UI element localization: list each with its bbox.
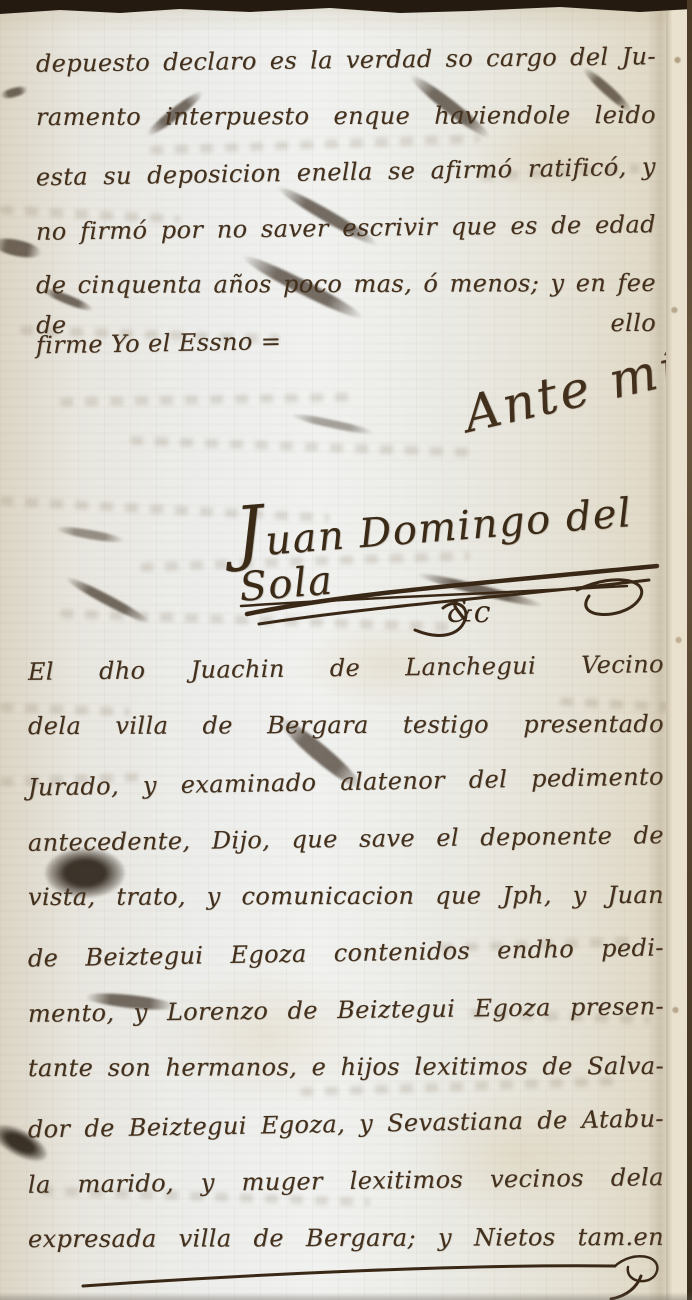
manuscript-page: depuesto declaro es la verdad so cargo d… <box>0 0 692 1300</box>
manuscript-line: depuesto declaro es la verdad so cargo d… <box>36 36 657 100</box>
manuscript-line: mento, y Lorenzo de Beiztegui Egoza pres… <box>28 986 665 1051</box>
manuscript-line: dela villa de Bergara testigo presentado <box>28 704 664 763</box>
ink-bleed-through <box>60 392 360 406</box>
manuscript-line: vista, trato, y comunicacion que Jph, y … <box>28 875 664 934</box>
photo-right-edge <box>687 0 692 1300</box>
ink-bleed-through <box>130 436 470 457</box>
manuscript-line: tante son hermanos, e hijos lexitimos de… <box>28 1046 664 1105</box>
manuscript-line: antecedente, Dijo, que save el deponente… <box>28 815 665 880</box>
page-bottom-edge <box>0 1292 692 1300</box>
manuscript-line: la marido, y muger lexitimos vecinos del… <box>28 1157 665 1222</box>
manuscript-line: no firmó por no saver escrivir que es de… <box>36 204 657 268</box>
ink-smudge <box>0 85 29 101</box>
ink-smudge <box>290 411 375 436</box>
manuscript-line: de Beiztegui Egoza contenidos endho pedi… <box>28 927 665 995</box>
witness-testimony-paragraph: El dho Juachin de Lanchegui Vecinodela v… <box>28 648 664 1275</box>
page-edge-crease <box>648 0 666 1300</box>
manuscript-line: El dho Juachin de Lanchegui Vecino <box>28 644 665 709</box>
signature-rubric-flourish: &c <box>225 548 690 653</box>
underlying-page-edge <box>666 0 687 1300</box>
manuscript-line: Jurado, y examinado alatenor del pedimen… <box>28 756 665 824</box>
manuscript-line: esta su deposicion enella se afirmó rati… <box>36 147 657 214</box>
manuscript-line: ramento interpuesto enque haviendole lei… <box>36 95 656 153</box>
closing-deposition-paragraph: depuesto declaro es la verdad so cargo d… <box>36 40 656 376</box>
ink-smudge <box>55 524 125 545</box>
manuscript-line: dor de Beiztegui Egoza, y Sevastiana de … <box>28 1098 665 1166</box>
end-flourish-line <box>75 1238 690 1300</box>
page-top-edge <box>0 0 692 15</box>
rubric-mark: &c <box>447 595 491 630</box>
manuscript-line: de cinquenta años poco mas, ó menos; y e… <box>36 263 656 321</box>
